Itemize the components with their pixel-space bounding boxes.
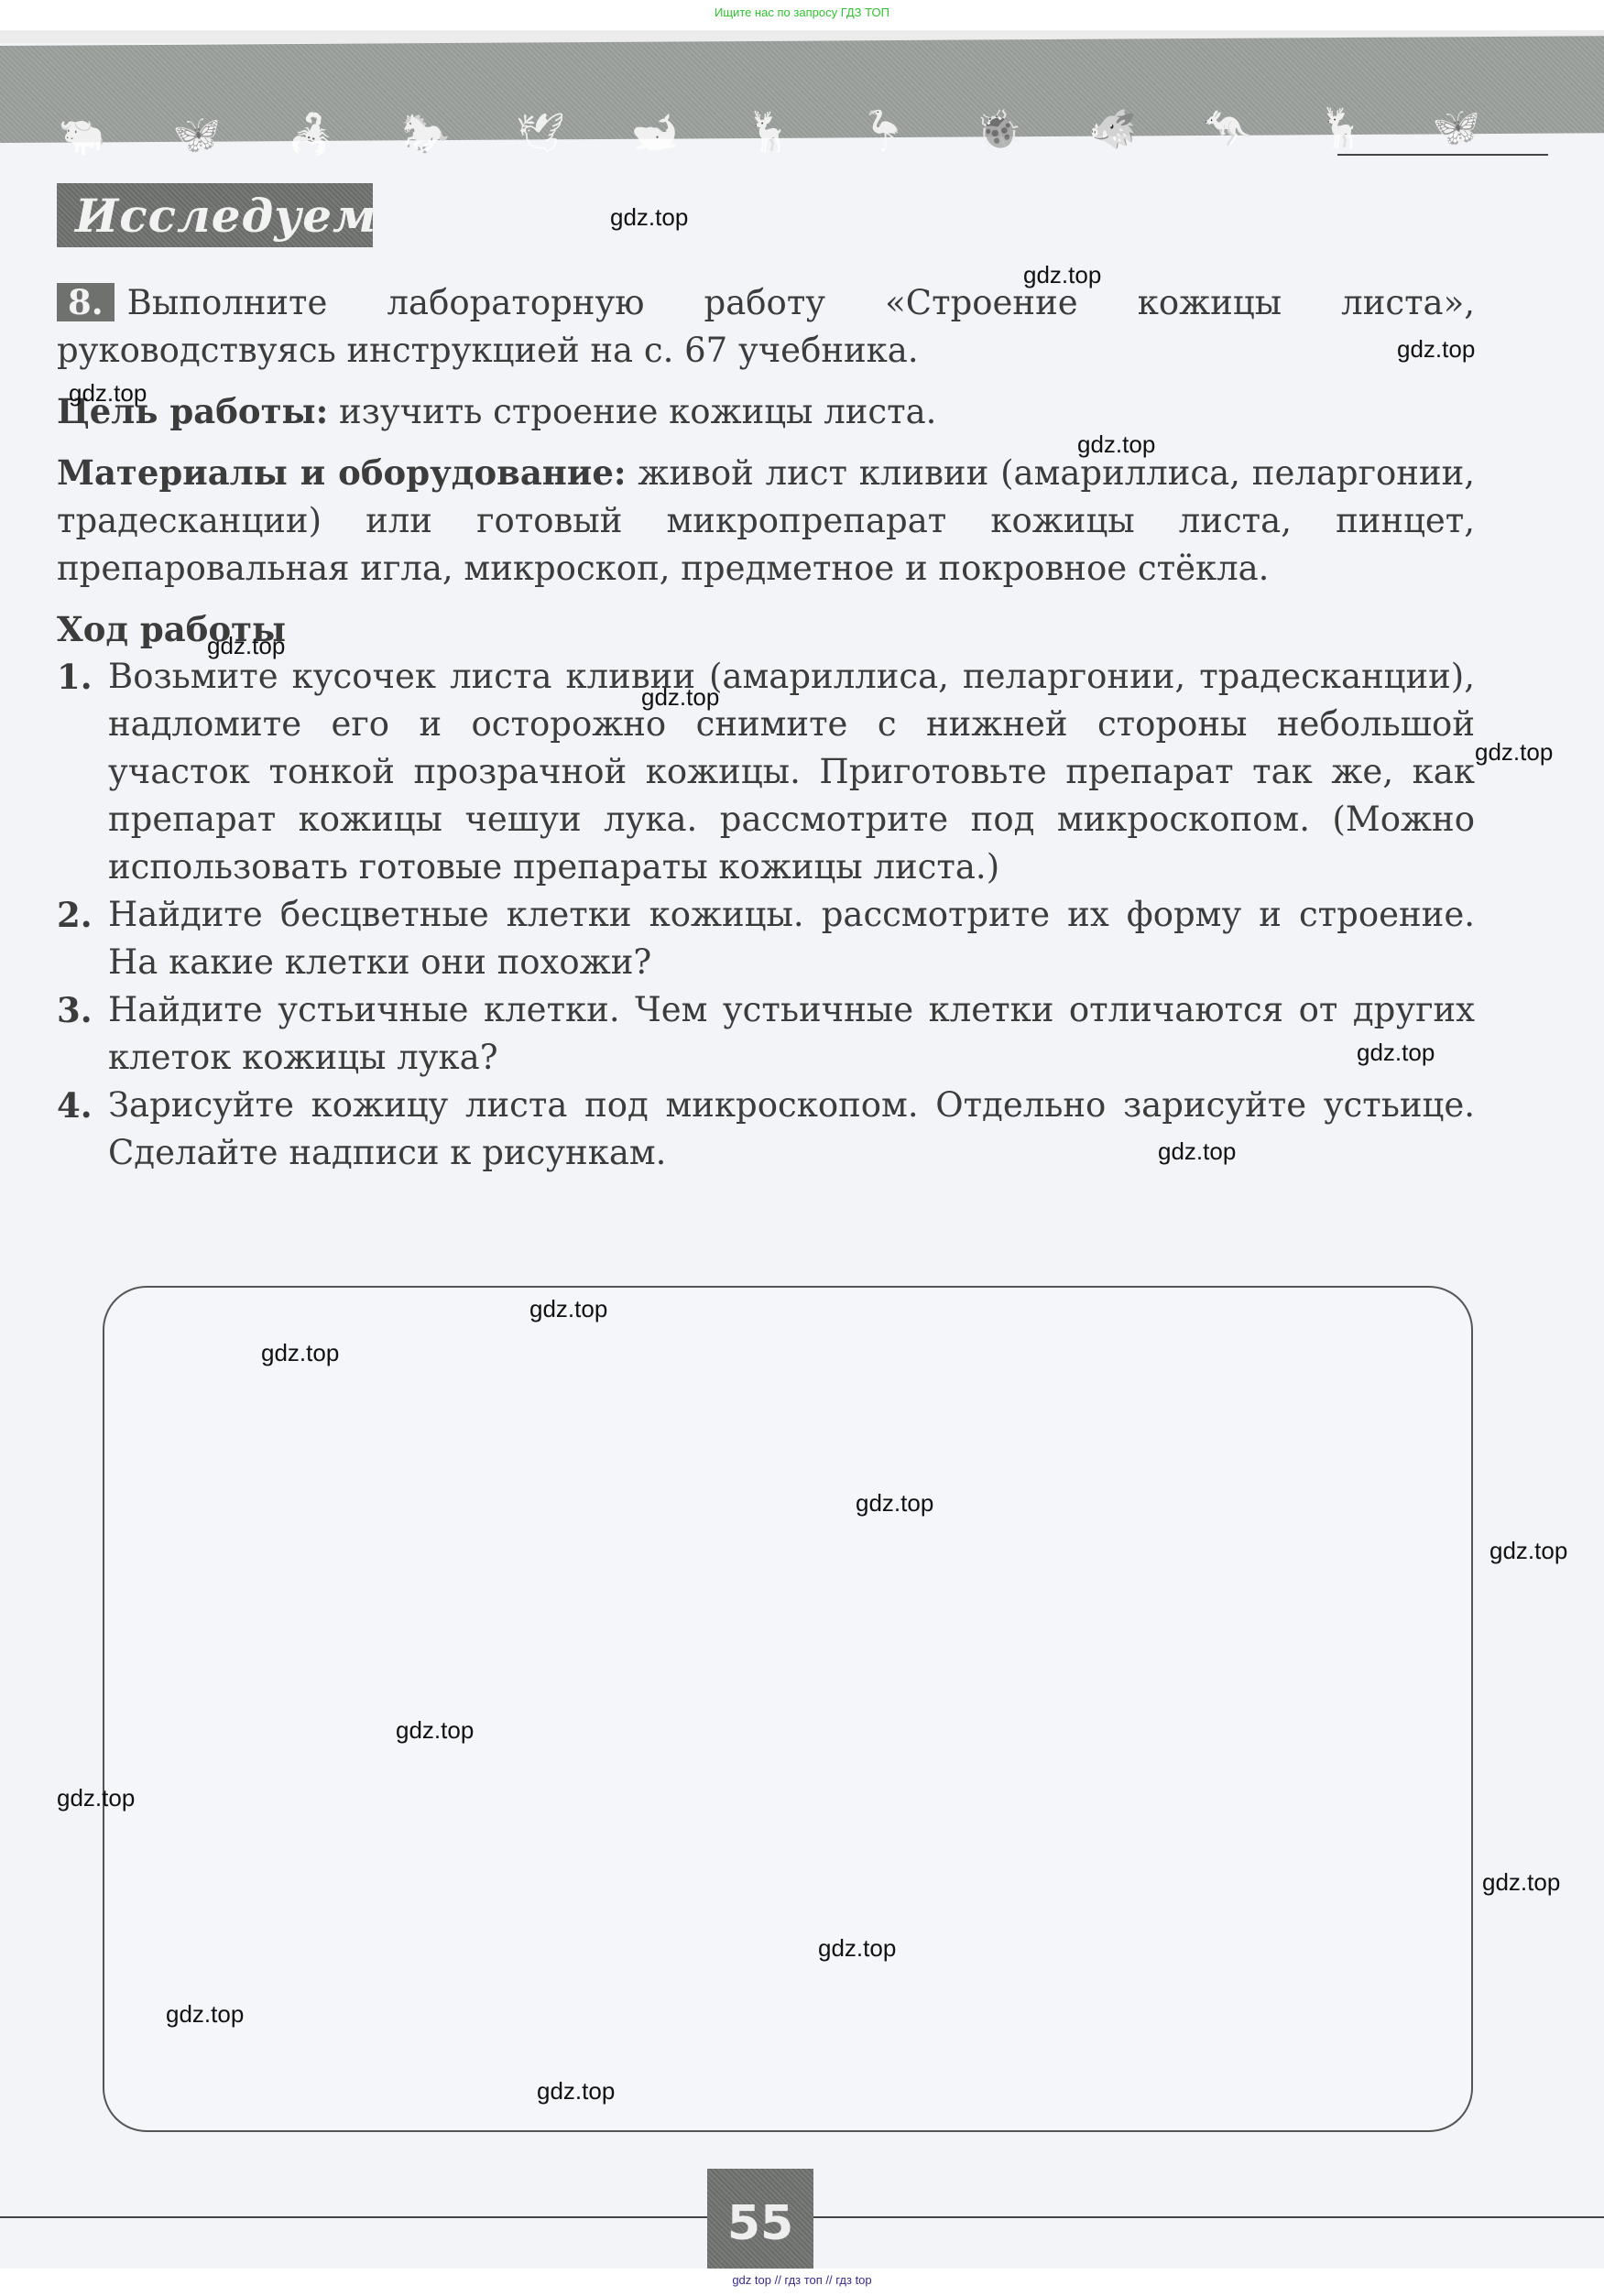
kangaroo-icon: 🦘 [1200, 110, 1255, 148]
watermark: gdz.top [1077, 432, 1155, 456]
procedure-step: 3. Найдите устьичные клетки. Чем устьичн… [57, 986, 1475, 1082]
page-number-badge: 55 [707, 2169, 813, 2269]
procedure-step: 2. Найдите бесцветные клетки кожицы. рас… [57, 891, 1475, 986]
step-text: Найдите устьичные клетки. Чем устьичные … [108, 986, 1475, 1082]
page-content: 8.Выполните лабораторную работу «Строени… [57, 279, 1475, 1177]
watermark: gdz.top [57, 1786, 135, 1810]
watermark: gdz.top [818, 1936, 896, 1960]
watermark: gdz.top [166, 2002, 244, 2026]
watermark: gdz.top [641, 685, 719, 709]
watermark: gdz.top [1397, 337, 1475, 361]
goal-text: изучить строение кожицы листа. [328, 392, 936, 431]
procedure-step: 1. Возьмите кусочек листа кливии (амарил… [57, 653, 1475, 891]
page-number: 55 [727, 2196, 793, 2251]
watermark: gdz.top [1489, 1539, 1567, 1562]
watermark: gdz.top [1475, 740, 1553, 764]
footer-watermark-note: gdz top // гдз топ // гдз top [0, 2273, 1604, 2287]
step-text: Возьмите кусочек листа кливии (амариллис… [108, 653, 1475, 891]
step-text: Зарисуйте кожицу листа под микроскопом. … [108, 1082, 1475, 1177]
task-number-badge: 8. [57, 283, 115, 321]
header-divider [1337, 154, 1548, 156]
watermark: gdz.top [396, 1718, 474, 1742]
scorpion-icon: 🦂 [284, 115, 339, 154]
bird-icon: 🕊 [513, 114, 568, 152]
procedure-step: 4. Зарисуйте кожицу листа под микроскопо… [57, 1082, 1475, 1177]
watermark: gdz.top [261, 1341, 339, 1365]
insect-icon: 🐞 [971, 111, 1026, 149]
footer-divider-left [0, 2216, 707, 2218]
butterfly-icon: 🦋 [1429, 108, 1484, 147]
drawing-area[interactable] [103, 1286, 1473, 2132]
task-statement: 8.Выполните лабораторную работу «Строени… [57, 279, 1475, 375]
watermark: gdz.top [69, 381, 147, 405]
watermark: gdz.top [1357, 1040, 1435, 1064]
watermark: gdz.top [1023, 263, 1101, 287]
step-number: 4. [57, 1082, 108, 1177]
task-text: Выполните лабораторную работу «Строение … [57, 283, 1475, 370]
seahorse-icon: 🦩 [857, 112, 911, 150]
bison-icon: 🐃 [55, 116, 110, 155]
watermark: gdz.top [610, 205, 688, 229]
butterfly-icon: 🦋 [169, 116, 224, 155]
section-label: Исследуем [57, 183, 373, 247]
watermark: gdz.top [529, 1297, 607, 1321]
whale-icon: 🐋 [627, 113, 682, 151]
decorative-header-band: 🐃🦋🦂🐎🕊🐋🦌🦩🐞🐗🦘🦌🦋 [0, 36, 1604, 143]
boar-icon: 🐗 [1086, 110, 1140, 148]
animal-silhouettes: 🐃🦋🦂🐎🕊🐋🦌🦩🐞🐗🦘🦌🦋 [55, 92, 1484, 156]
step-text: Найдите бесцветные клетки кожицы. рассмо… [108, 891, 1475, 986]
step-number: 3. [57, 986, 108, 1082]
antelope-icon: 🦌 [742, 113, 797, 151]
gazelle-icon: 🦌 [1315, 109, 1369, 147]
section-label-text: Исследуем [75, 189, 377, 243]
materials-paragraph: Материалы и оборудование: живой лист кли… [57, 449, 1475, 593]
goal-paragraph: Цель работы: изучить строение кожицы лис… [57, 387, 1475, 436]
watermark: gdz.top [207, 634, 285, 658]
watermark: gdz.top [537, 2079, 615, 2103]
search-hint-banner: Ищите нас по запросу ГДЗ ТОП [0, 5, 1604, 19]
watermark: gdz.top [1158, 1139, 1236, 1163]
step-number: 1. [57, 653, 108, 891]
watermark: gdz.top [856, 1491, 933, 1515]
watermark: gdz.top [1482, 1870, 1560, 1894]
footer-divider-right [813, 2216, 1604, 2218]
materials-label: Материалы и оборудование: [57, 452, 627, 493]
horse-icon: 🐎 [398, 114, 453, 153]
step-number: 2. [57, 891, 108, 986]
